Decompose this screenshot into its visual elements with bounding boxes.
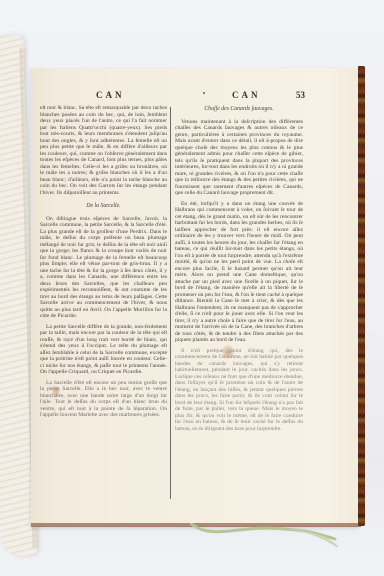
right-running-head: CAN (232, 90, 261, 100)
page-number: 53 (296, 90, 305, 100)
foxing-stain (222, 345, 234, 359)
paragraph: La petite Sarcelle diffère de la grande,… (40, 324, 167, 376)
right-text-column: Chaſſe des Canards ſauvages. Venons main… (175, 105, 303, 436)
paragraph: eſt noir & blanc. Sa tête eſt remarquabl… (40, 105, 167, 196)
section-heading-sarcelle: De la Sarcelle. (40, 203, 167, 210)
paragraph: En été, lorſqu'il y a dans un étang une … (175, 201, 303, 344)
left-running-head: CAN (96, 90, 125, 100)
printer-mark (203, 92, 205, 94)
bookmark-ribbon (190, 523, 340, 553)
foxing-stain (52, 386, 60, 396)
section-heading-chasse: Chaſſe des Canards ſauvages. (175, 106, 303, 113)
left-text-column: eſt noir & blanc. Sa tête eſt remarquabl… (40, 105, 167, 423)
paragraph: Il n'eſt preſque point d'étang qui, dès … (175, 348, 303, 433)
paragraph: On diſtingue trois eſpèces de Sarcelle, … (40, 216, 167, 320)
photo-scene: CAN CAN 53 eſt noir & blanc. Sa tête eſt… (0, 0, 384, 576)
column-divider (170, 107, 171, 499)
marbled-binding-edge (358, 66, 365, 526)
paragraph: Venons maintenant à la deſcription des d… (175, 119, 303, 197)
paragraph: La Sarcelle d'été eſt encore un peu moin… (40, 380, 167, 419)
